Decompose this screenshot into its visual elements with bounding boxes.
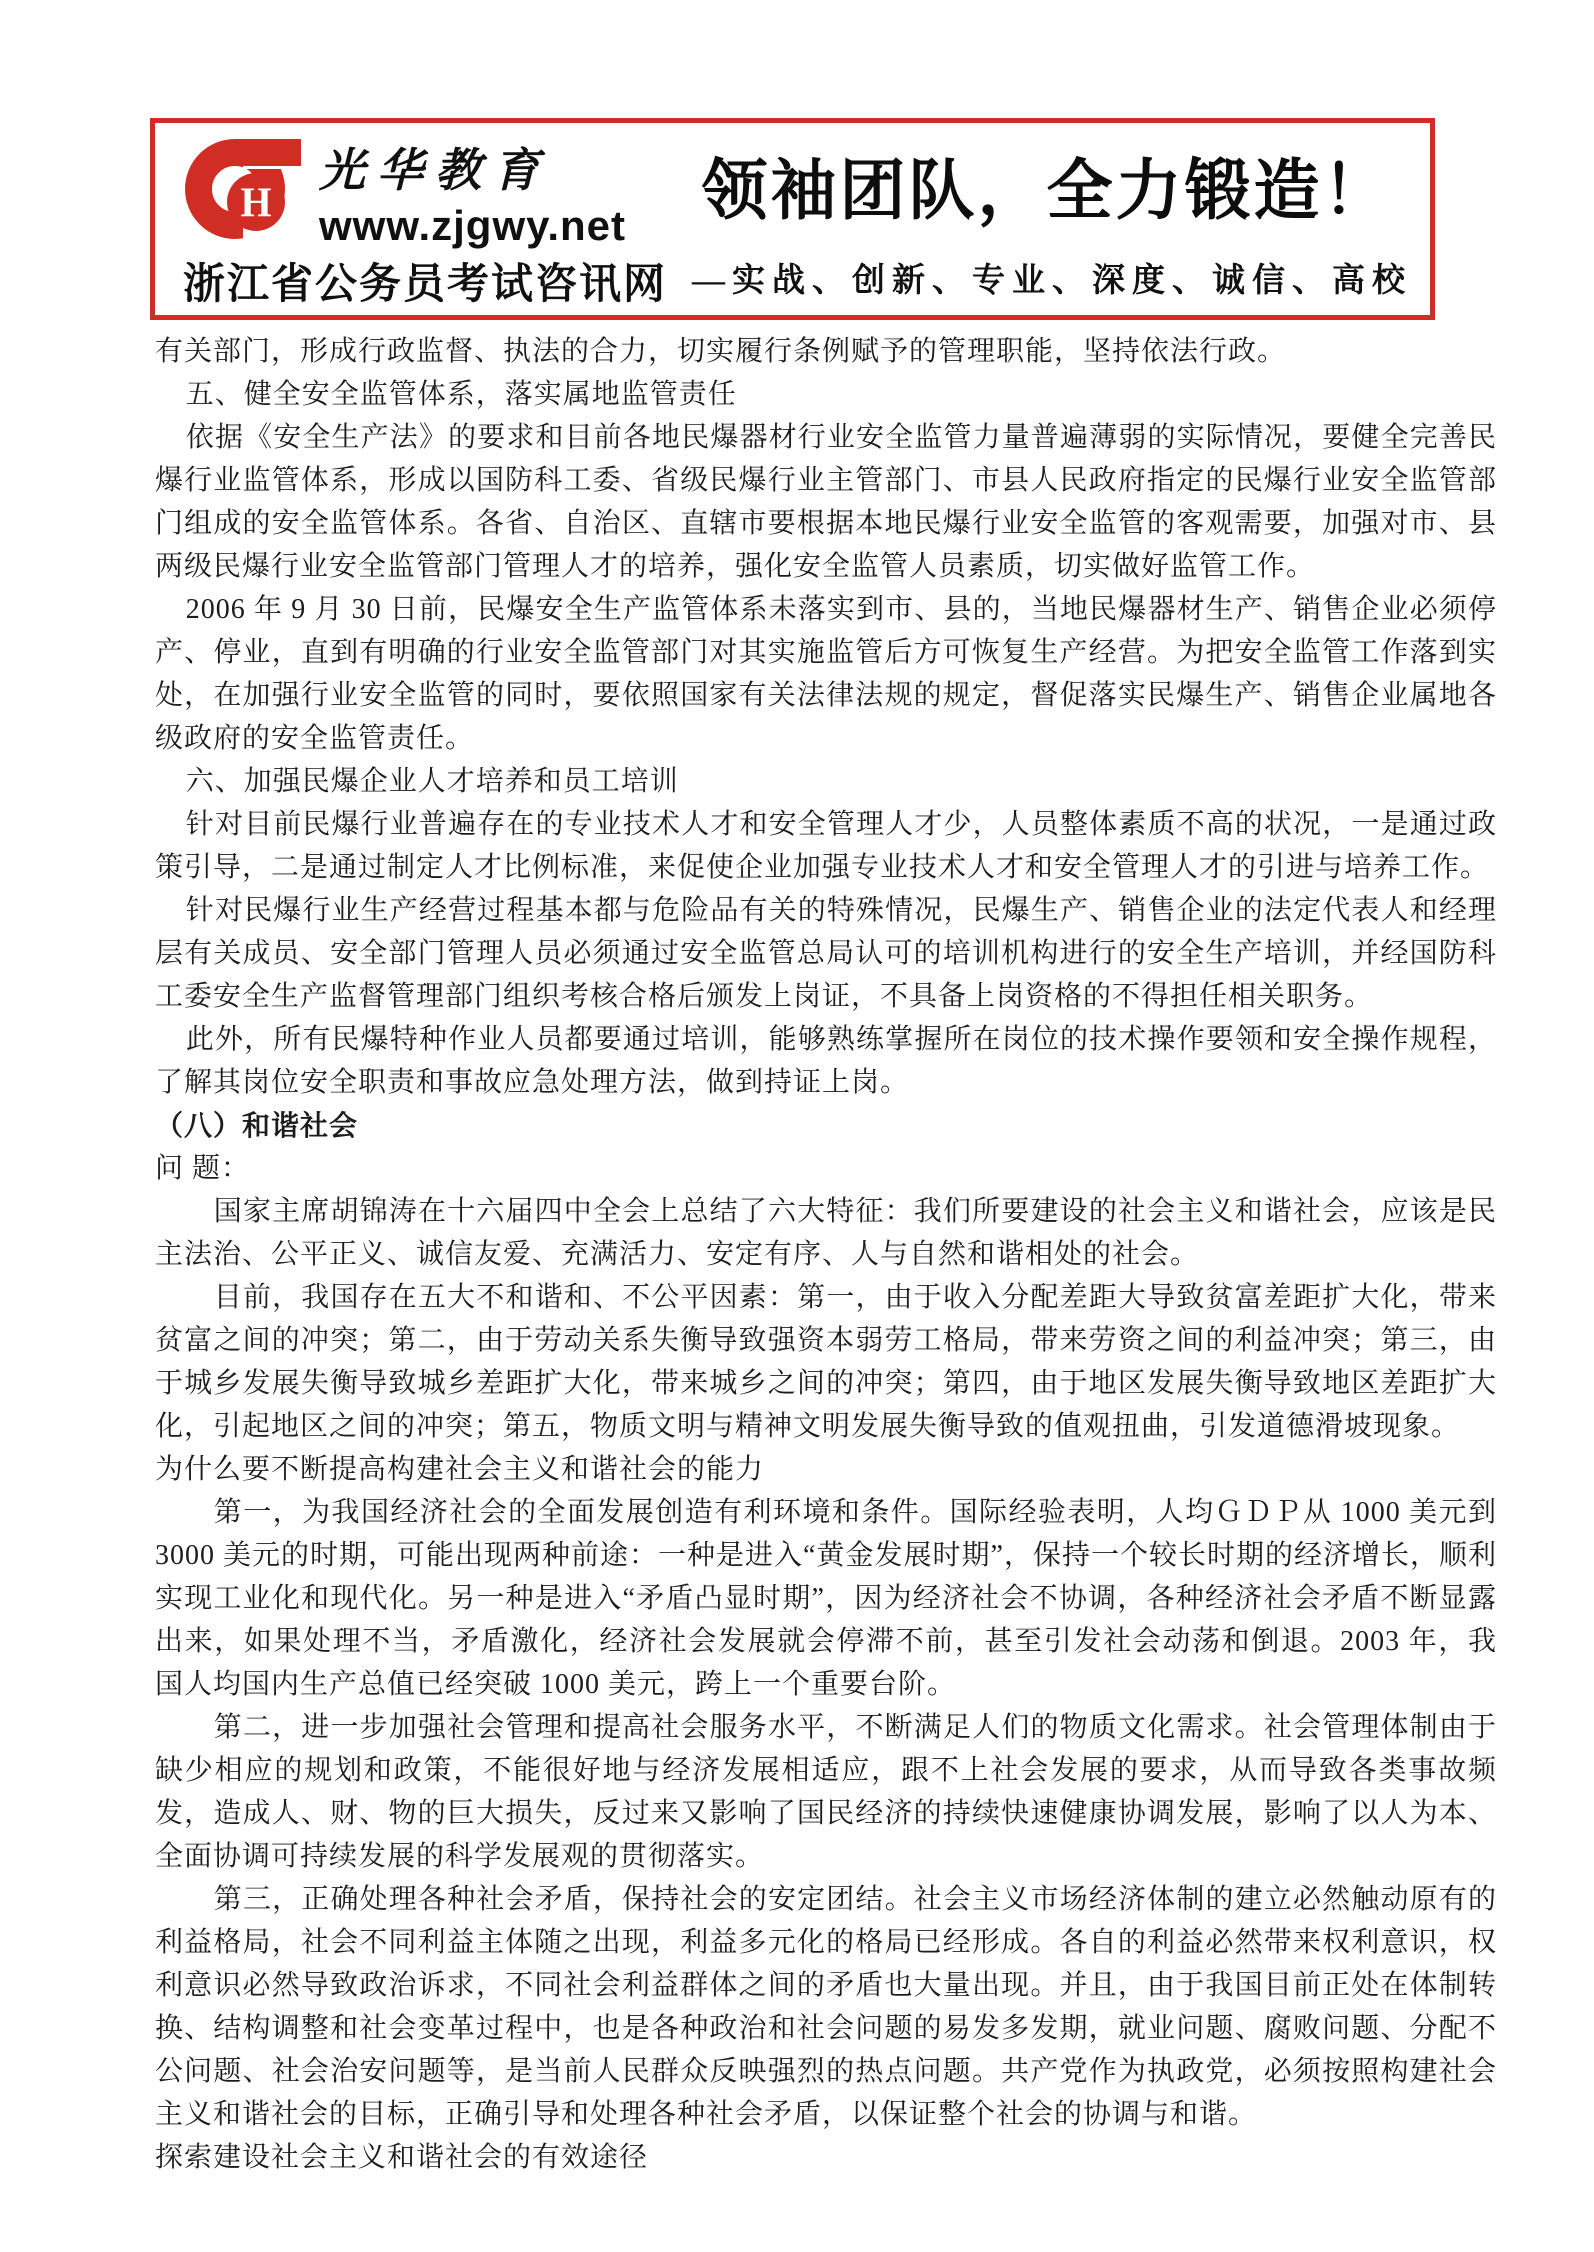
paragraph-0: 有关部门，形成行政监督、执法的合力，切实履行条例赋予的管理职能，坚持依法行政。 bbox=[155, 330, 1497, 373]
paragraph-13: 第一，为我国经济社会的全面发展创造有利环境和条件。国际经验表明，人均ＧＤＰ从 1… bbox=[155, 1491, 1497, 1706]
slogan-text: 领袖团队，全力锻造！ bbox=[702, 137, 1392, 232]
section-heading-harmonious-society: （八）和谐社会 bbox=[155, 1104, 1497, 1147]
site-url: www.zjgwy.net bbox=[319, 202, 626, 250]
guanghua-monogram-icon: H bbox=[183, 133, 305, 251]
paragraph-1: 五、健全安全监管体系，落实属地监管责任 bbox=[155, 373, 1497, 416]
masthead-left: H 光华教育 www.zjgwy.net 浙江省公务员考试咨讯网 bbox=[155, 123, 675, 315]
logo-row: H 光华教育 www.zjgwy.net bbox=[183, 133, 675, 251]
brand-column: 光华教育 www.zjgwy.net bbox=[319, 134, 626, 250]
document-page: H 光华教育 www.zjgwy.net 浙江省公务员考试咨讯网 领袖团队，全力… bbox=[0, 0, 1594, 2252]
brand-name: 光华教育 bbox=[319, 134, 551, 200]
logo-letter: H bbox=[240, 177, 271, 226]
masthead-right: 领袖团队，全力锻造！ —实战、创新、专业、深度、诚信、高校 bbox=[675, 123, 1430, 315]
masthead-banner: H 光华教育 www.zjgwy.net 浙江省公务员考试咨讯网 领袖团队，全力… bbox=[150, 118, 1435, 320]
paragraph-11: 目前，我国存在五大不和谐和、不公平因素：第一，由于收入分配差距大导致贫富差距扩大… bbox=[155, 1276, 1497, 1448]
sub-slogan-text: —实战、创新、专业、深度、诚信、高校 bbox=[692, 254, 1412, 305]
logo-top-bar bbox=[235, 139, 301, 166]
site-subtitle: 浙江省公务员考试咨讯网 bbox=[183, 251, 675, 311]
paragraph-7: 此外，所有民爆特种作业人员都要通过培训，能够熟练掌握所在岗位的技术操作要领和安全… bbox=[155, 1018, 1497, 1104]
paragraph-15: 第三，正确处理各种社会矛盾，保持社会的安定团结。社会主义市场经济体制的建立必然触… bbox=[155, 1878, 1497, 2136]
document-body: 有关部门，形成行政监督、执法的合力，切实履行条例赋予的管理职能，坚持依法行政。 … bbox=[155, 330, 1497, 2179]
paragraph-2: 依据《安全生产法》的要求和目前各地民爆器材行业安全监管力量普遍薄弱的实际情况，要… bbox=[155, 416, 1497, 588]
paragraph-16: 探索建设社会主义和谐社会的有效途径 bbox=[155, 2136, 1497, 2179]
paragraph-14: 第二，进一步加强社会管理和提高社会服务水平，不断满足人们的物质文化需求。社会管理… bbox=[155, 1706, 1497, 1878]
paragraph-6: 针对民爆行业生产经营过程基本都与危险品有关的特殊情况，民爆生产、销售企业的法定代… bbox=[155, 889, 1497, 1018]
paragraph-10: 国家主席胡锦涛在十六届四中全会上总结了六大特征：我们所要建设的社会主义和谐社会，… bbox=[155, 1190, 1497, 1276]
paragraph-5: 针对目前民爆行业普遍存在的专业技术人才和安全管理人才少，人员整体素质不高的状况，… bbox=[155, 803, 1497, 889]
paragraph-4: 六、加强民爆企业人才培养和员工培训 bbox=[155, 760, 1497, 803]
question-label: 问 题： bbox=[155, 1147, 1497, 1190]
logo-circle: H bbox=[227, 173, 285, 231]
paragraph-3: 2006 年 9 月 30 日前，民爆安全生产监管体系未落实到市、县的，当地民爆… bbox=[155, 588, 1497, 760]
paragraph-12: 为什么要不断提高构建社会主义和谐社会的能力 bbox=[155, 1448, 1497, 1491]
